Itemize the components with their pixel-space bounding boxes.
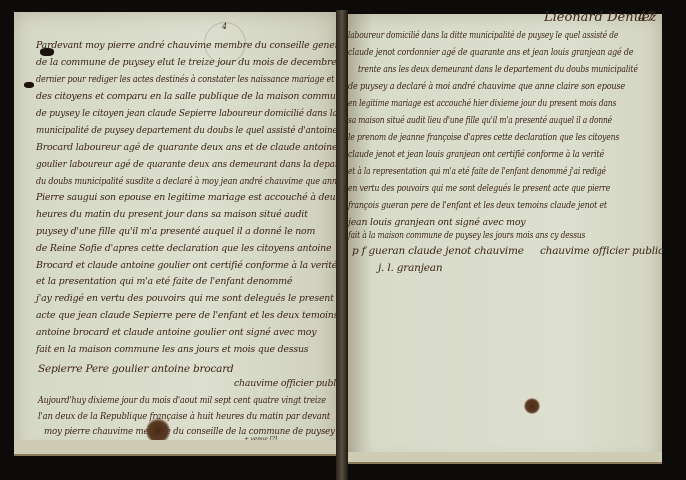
act-1-line: Pardevant moy pierre andré chauvime memb…	[36, 40, 347, 51]
officer-signature: chauvime officier public	[540, 245, 664, 257]
act-1-line: Brocard laboureur agé de quarante deux a…	[36, 142, 337, 153]
left-page-bottom-edge	[14, 440, 336, 456]
right-page-line: en legitime mariage est accouché hier di…	[348, 98, 616, 109]
right-page-line: fait à la maison commune de puysey les j…	[348, 230, 585, 241]
act-1-line: fait en la maison commune les ans jours …	[36, 344, 308, 355]
act-1-line: j'ay redigé en vertu des pouvoirs qui me…	[36, 293, 334, 304]
act-1-line: heures du matin du present jour dans sa …	[36, 209, 308, 220]
act-1-line: goulier laboureur agé de quarante deux a…	[36, 159, 347, 170]
left-page: 4 Pardevant moy pierre andré chauvime me…	[14, 12, 336, 454]
right-page-line: trente ans les deux demeurant dans le de…	[358, 64, 638, 75]
right-page-line: laboureur domicilié dans la ditte munici…	[348, 30, 618, 41]
right-page-bottom-edge	[348, 452, 662, 464]
right-page-line: en vertu des pouvoirs qui me sont delegu…	[348, 183, 610, 194]
right-page: Lieonard Denuez 47 laboureur domicilié d…	[348, 14, 662, 464]
act-2-line: Aujourd'huy dixieme jour du mois d'aout …	[38, 395, 326, 406]
right-page-line: sa maison situé audit lieu d'une fille q…	[348, 115, 612, 126]
act-1-line: de la commune de puysey elut le treize j…	[36, 57, 337, 68]
act-1-line: du doubs municipalité susdite a declaré …	[36, 176, 341, 187]
act-1-line: acte que jean claude Sepierre pere de l'…	[36, 310, 338, 321]
act-2-line: l'an deux de la Republique française à h…	[38, 411, 330, 422]
act-1-line: et la presentation qui m'a eté faite de …	[36, 276, 292, 287]
ink-blot	[24, 82, 34, 88]
act-1-line: puysey d'une fille qu'il m'a presenté au…	[36, 226, 315, 237]
right-page-line: et à la representation qui m'a eté faite…	[348, 166, 606, 177]
act-1-line: Brocard et claude antoine goulier ont ce…	[36, 260, 337, 271]
act-1-line: Pierre saugui son epouse en legitime mar…	[36, 192, 341, 203]
granjean-signature: j. l. granjean	[378, 262, 442, 274]
page-number: 47	[638, 10, 655, 25]
right-page-line: claude jenot cordonnier agé de quarante …	[348, 47, 633, 58]
act-1-line: municipalité de puysey departement du do…	[36, 125, 337, 136]
ink-stain	[524, 398, 540, 414]
right-page-line: françois gueran pere de l'enfant et les …	[348, 200, 607, 211]
right-page-line: de puysey a declaré à moi andré chauvime…	[348, 81, 625, 92]
right-page-line: claude jenot et jean louis granjean ont …	[348, 149, 604, 160]
act-2-margin-signature: chauvime officier public	[234, 378, 344, 389]
book-spine	[336, 10, 348, 480]
signatures-line: p f gueran claude jenot chauvime	[352, 245, 524, 257]
act-1-line: des citoyens et comparu en la salle publ…	[36, 91, 347, 102]
act-1-line: antoine brocard et claude antoine goulie…	[36, 327, 316, 338]
act-1-line: dernier pour rediger les actes destinés …	[36, 74, 359, 85]
act-1-line: de puysey le citoyen jean claude Sepierr…	[36, 108, 337, 119]
act-2-line: moy pierre chauvime membre du conseille …	[44, 426, 335, 437]
right-page-line: jean louis granjean ont signé avec moy	[348, 217, 525, 228]
act-1-line: de Reine Sofie d'apres cette declaration…	[36, 243, 331, 254]
right-page-line: le prenom de jeanne françoise d'apres ce…	[348, 132, 619, 143]
act-1-signatures: Sepierre Pere goulier antoine brocard	[38, 363, 234, 375]
folio-mark: 4	[222, 22, 227, 31]
